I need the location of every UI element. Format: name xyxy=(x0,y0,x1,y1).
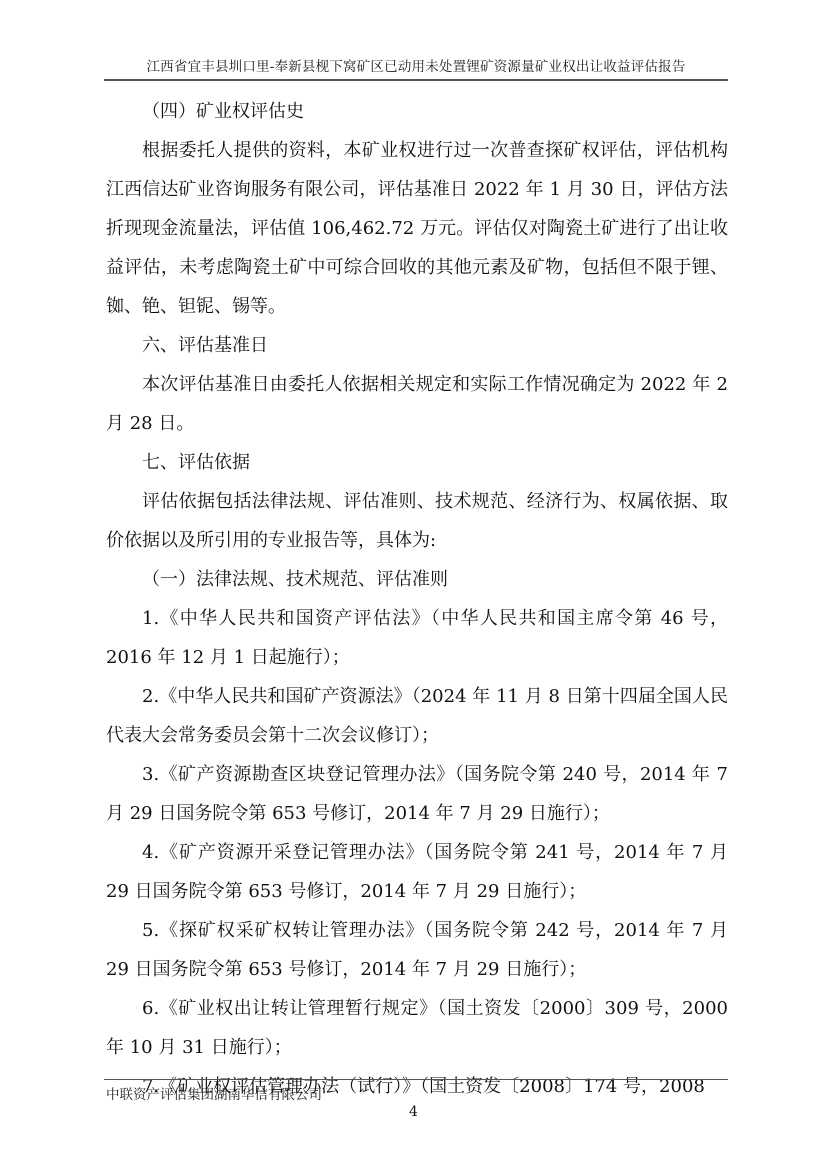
section-heading-base-date: 六、评估基准日 xyxy=(106,326,728,365)
paragraph-valuation-basis: 评估依据包括法律法规、评估准则、技术规范、经济行为、权属依据、取价依据以及所引用… xyxy=(106,482,728,560)
paragraph-valuation-history: 根据委托人提供的资料，本矿业权进行过一次普查探矿权评估，评估机构江西信达矿业咨询… xyxy=(106,131,728,326)
subsection-heading-laws: （一）法律法规、技术规范、评估准则 xyxy=(106,560,728,599)
list-item-law-1: 1.《中华人民共和国资产评估法》（中华人民共和国主席令第 46 号，2016 年… xyxy=(106,599,728,677)
header-divider xyxy=(104,79,728,81)
section-heading-valuation-history: （四）矿业权评估史 xyxy=(106,92,728,131)
page-number: 4 xyxy=(0,1104,827,1120)
list-item-law-2: 2.《中华人民共和国矿产资源法》（2024 年 11 月 8 日第十四届全国人民… xyxy=(106,677,728,755)
running-header-title: 江西省宜丰县圳口里-奉新县枧下窝矿区已动用未处置锂矿资源量矿业权出让收益评估报告 xyxy=(104,55,728,75)
list-item-law-3: 3.《矿产资源勘查区块登记管理办法》（国务院令第 240 号，2014 年 7 … xyxy=(106,755,728,833)
footer-divider xyxy=(104,1079,728,1080)
footer-company-name: 中联资产评估集团湖南华信有限公司 xyxy=(106,1083,322,1103)
page-body: （四）矿业权评估史 根据委托人提供的资料，本矿业权进行过一次普查探矿权评估，评估… xyxy=(106,92,728,1106)
section-heading-valuation-basis: 七、评估依据 xyxy=(106,443,728,482)
list-item-law-5: 5.《探矿权采矿权转让管理办法》（国务院令第 242 号，2014 年 7 月 … xyxy=(106,911,728,989)
list-item-law-4: 4.《矿产资源开采登记管理办法》（国务院令第 241 号，2014 年 7 月 … xyxy=(106,833,728,911)
paragraph-base-date: 本次评估基准日由委托人依据相关规定和实际工作情况确定为 2022 年 2 月 2… xyxy=(106,365,728,443)
list-item-law-6: 6.《矿业权出让转让管理暂行规定》（国土资发〔2000〕309 号，2000 年… xyxy=(106,989,728,1067)
